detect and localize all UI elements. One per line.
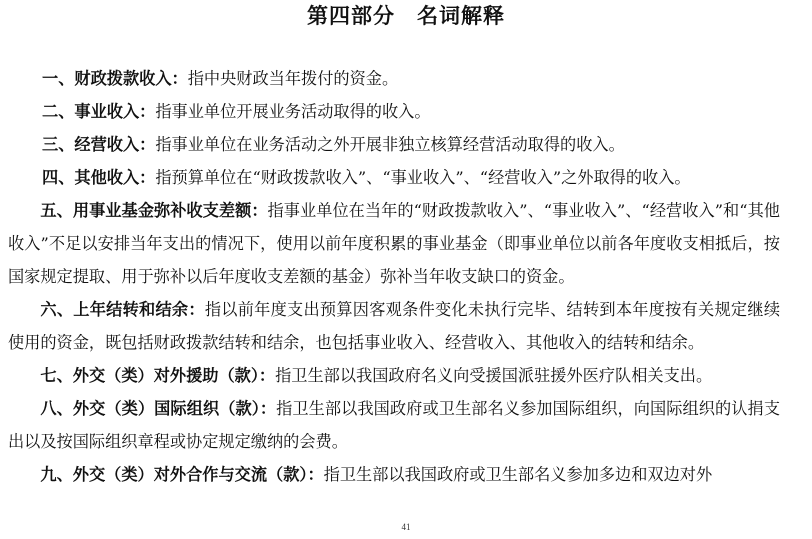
definition-text: 指事业单位开展业务活动取得的收入。 xyxy=(155,102,430,121)
definition-term: 四、其他收入： xyxy=(42,168,155,187)
definition-paragraph: 二、事业收入：指事业单位开展业务活动取得的收入。 xyxy=(8,95,780,128)
definition-paragraph: 七、外交（类）对外援助（款）：指卫生部以我国政府名义向受援国派驻援外医疗队相关支… xyxy=(8,359,780,392)
definition-text: 指卫生部以我国政府名义向受援国派驻援外医疗队相关支出。 xyxy=(275,366,712,385)
definition-paragraph: 一、财政拨款收入：指中央财政当年拨付的资金。 xyxy=(8,62,780,95)
page-title: 第四部分名词解释 xyxy=(0,2,812,30)
definition-term: 三、经营收入： xyxy=(42,135,155,154)
definition-term: 六、上年结转和结余： xyxy=(40,300,204,319)
title-part: 第四部分 xyxy=(307,4,395,28)
definition-paragraph: 九、外交（类）对外合作与交流（款）：指卫生部以我国政府或卫生部名义参加多边和双边… xyxy=(8,458,780,491)
definition-paragraph: 四、其他收入：指预算单位在“财政拨款收入”、“事业收入”、“经营收入”之外取得的… xyxy=(8,161,780,194)
definition-text: 指中央财政当年拨付的资金。 xyxy=(188,69,398,88)
definition-text: 指预算单位在“财政拨款收入”、“事业收入”、“经营收入”之外取得的收入。 xyxy=(155,168,690,187)
definition-paragraph: 八、外交（类）国际组织（款）：指卫生部以我国政府或卫生部名义参加国际组织，向国际… xyxy=(8,392,780,458)
definition-term: 一、财政拨款收入： xyxy=(42,69,188,88)
definition-term: 二、事业收入： xyxy=(42,102,155,121)
definition-paragraph: 六、上年结转和结余：指以前年度支出预算因客观条件变化未执行完毕、结转到本年度按有… xyxy=(8,293,780,359)
definition-paragraph: 三、经营收入：指事业单位在业务活动之外开展非独立核算经营活动取得的收入。 xyxy=(8,128,780,161)
page-number: 41 xyxy=(0,522,812,532)
title-name: 名词解释 xyxy=(417,4,505,28)
definition-paragraph: 五、用事业基金弥补收支差额：指事业单位在当年的“财政拨款收入”、“事业收入”、“… xyxy=(8,194,780,293)
document-body: 一、财政拨款收入：指中央财政当年拨付的资金。 二、事业收入：指事业单位开展业务活… xyxy=(8,62,780,491)
definition-term: 八、外交（类）国际组织（款）： xyxy=(40,399,276,418)
definition-term: 七、外交（类）对外援助（款）： xyxy=(40,366,275,385)
definition-term: 五、用事业基金弥补收支差额： xyxy=(40,201,267,220)
definition-text: 指卫生部以我国政府或卫生部名义参加多边和双边对外 xyxy=(324,465,713,484)
definition-term: 九、外交（类）对外合作与交流（款）： xyxy=(40,465,323,484)
definition-text: 指事业单位在业务活动之外开展非独立核算经营活动取得的收入。 xyxy=(155,135,624,154)
